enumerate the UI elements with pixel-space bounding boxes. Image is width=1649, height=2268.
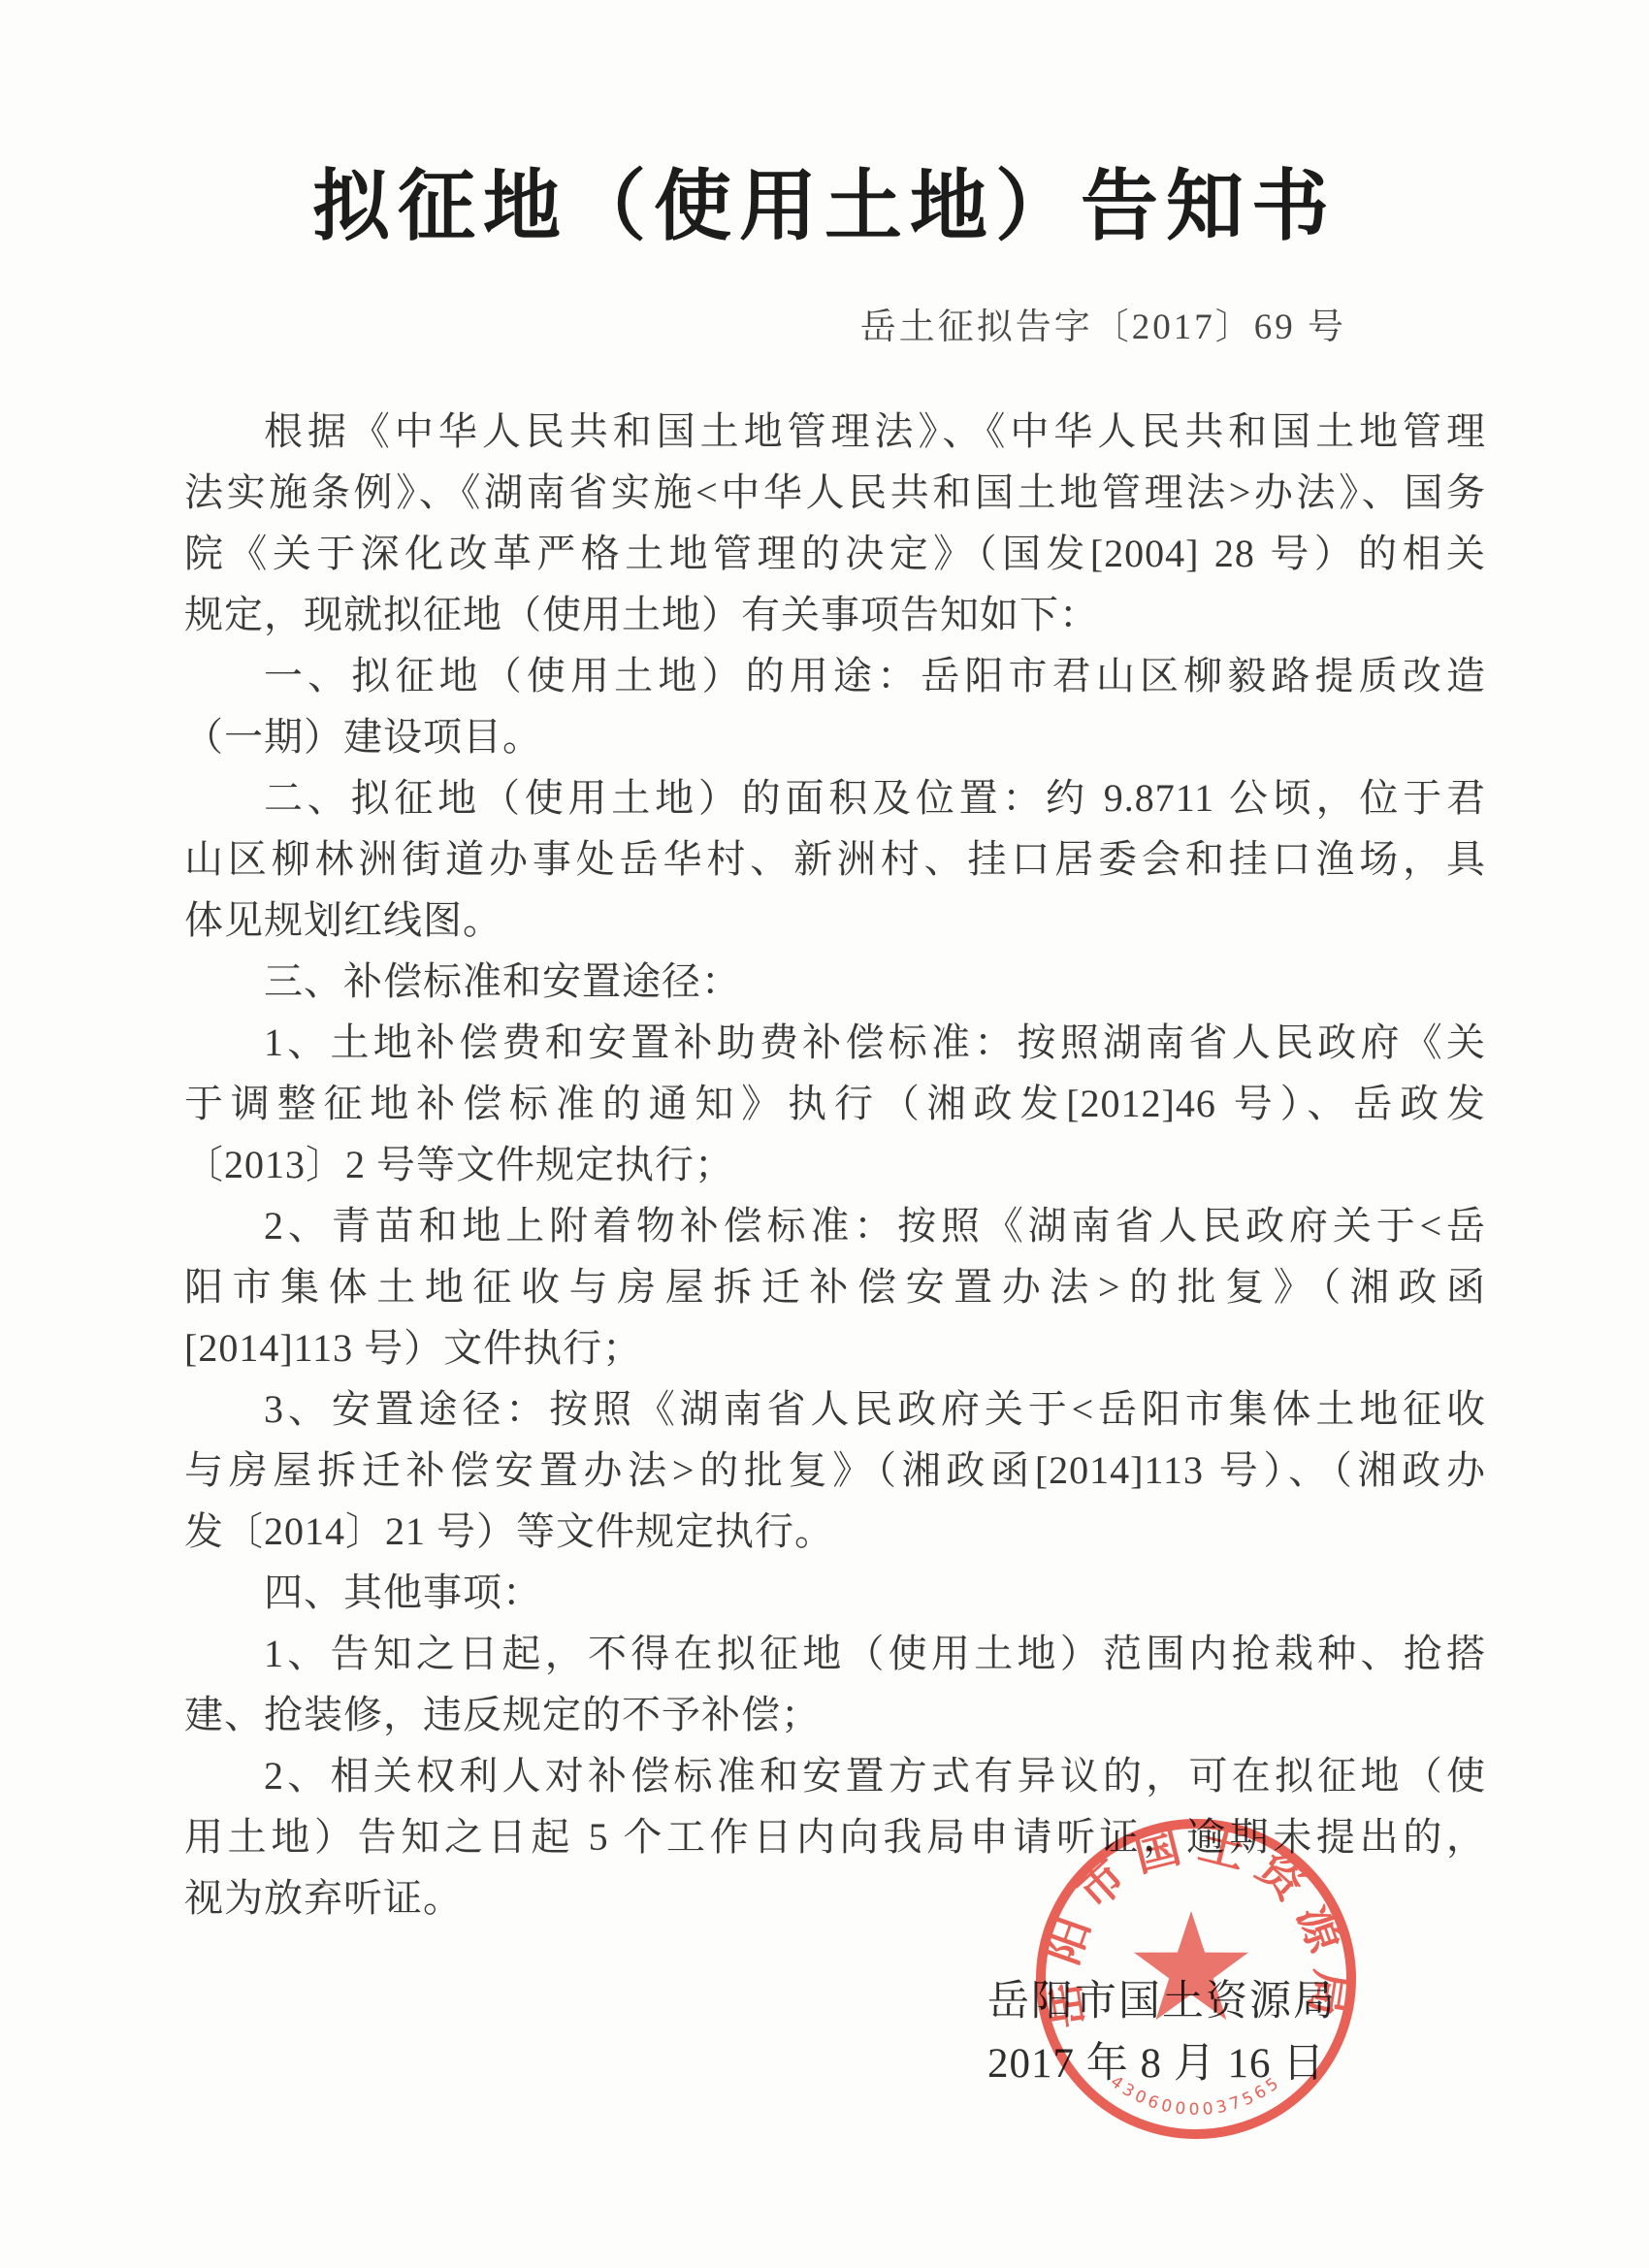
body-line: 于调整征地补偿标准的通知》执行（湘政发[2012]46 号）、岳政发: [184, 1073, 1486, 1134]
official-seal: 岳阳市国土资源局 4306000037565: [1021, 1804, 1371, 2154]
document-page: 拟征地（使用土地）告知书 岳土征拟告字〔2017〕69 号 根据《中华人民共和国…: [0, 0, 1649, 2268]
svg-text:4306000037565: 4306000037565: [1107, 2072, 1285, 2120]
body-line: 山区柳林洲街道办事处岳华村、新洲村、挂口居委会和挂口渔场，具: [184, 828, 1486, 890]
body-line: 一、拟征地（使用土地）的用途：岳阳市君山区柳毅路提质改造: [184, 645, 1486, 706]
body-line: [2014]113 号）文件执行；: [184, 1317, 1486, 1378]
body-line: 三、补偿标准和安置途径：: [184, 951, 1486, 1012]
body-line: 1、土地补偿费和安置补助费补偿标准：按照湖南省人民政府《关: [184, 1012, 1486, 1073]
body-line: 根据《中华人民共和国土地管理法》、《中华人民共和国土地管理: [184, 401, 1486, 462]
body-line: 与房屋拆迁补偿安置办法>的批复》（湘政函[2014]113 号）、（湘政办: [184, 1440, 1486, 1501]
document-number: 岳土征拟告字〔2017〕69 号: [0, 297, 1649, 349]
body-line: 规定，现就拟征地（使用土地）有关事项告知如下：: [184, 584, 1486, 645]
body-line: 2、青苗和地上附着物补偿标准：按照《湖南省人民政府关于<岳: [184, 1195, 1486, 1256]
body-line: 院《关于深化改革严格土地管理的决定》（国发[2004] 28 号）的相关: [184, 523, 1486, 584]
body-line: 阳市集体土地征收与房屋拆迁补偿安置办法>的批复》（湘政函: [184, 1256, 1486, 1317]
body-line: 法实施条例》、《湖南省实施<中华人民共和国土地管理法>办法》、国务: [184, 462, 1486, 523]
body-line: 二、拟征地（使用土地）的面积及位置：约 9.8711 公顷，位于君: [184, 767, 1486, 828]
body-line: 〔2013〕2 号等文件规定执行；: [184, 1134, 1486, 1195]
document-title: 拟征地（使用土地）告知书: [0, 144, 1649, 255]
body-line: （一期）建设项目。: [184, 706, 1486, 767]
seal-star-icon: [1134, 1911, 1248, 2020]
body-line: 发〔2014〕21 号）等文件规定执行。: [184, 1501, 1486, 1562]
body-line: 体见规划红线图。: [184, 890, 1486, 951]
body-line: 1、告知之日起，不得在拟征地（使用土地）范围内抢栽种、抢搭: [184, 1623, 1486, 1684]
svg-text:岳阳市国土资源局: 岳阳市国土资源局: [1035, 1819, 1356, 2032]
seal-serial-number: 4306000037565: [1107, 2072, 1285, 2120]
body-line: 3、安置途径：按照《湖南省人民政府关于<岳阳市集体土地征收: [184, 1378, 1486, 1440]
body-line: 四、其他事项：: [184, 1562, 1486, 1623]
document-body: 根据《中华人民共和国土地管理法》、《中华人民共和国土地管理法实施条例》、《湖南省…: [184, 401, 1486, 1928]
body-line: 建、抢装修，违反规定的不予补偿；: [184, 1684, 1486, 1745]
seal-ring-text: 岳阳市国土资源局: [1035, 1819, 1356, 2032]
body-line: 2、相关权利人对补偿标准和安置方式有异议的，可在拟征地（使: [184, 1745, 1486, 1806]
